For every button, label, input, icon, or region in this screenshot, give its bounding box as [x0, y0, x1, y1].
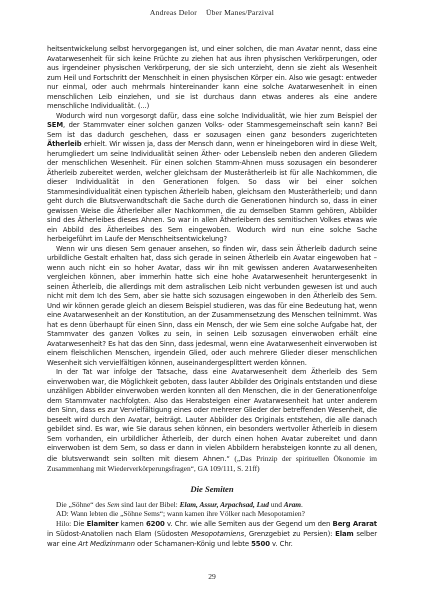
text-segment: , der Stammvater einer solchen ganzen Vo…: [47, 121, 377, 139]
document-page: Andreas DelorÜber Manes/Parzival heitsen…: [0, 0, 424, 600]
text-segment: oder Schamanen-König und lebte: [135, 540, 251, 548]
text-segment: v. Chr. wie alle Semiten aus der Gegend …: [165, 520, 333, 528]
text-segment: Wodurch wird nun vorgesorgt dafür, dass …: [56, 112, 377, 120]
text-segment: 6200: [146, 520, 165, 528]
paragraph: heitsentwickelung selbst hervorgegangen …: [47, 45, 377, 112]
text-segment: Mesopotamiens: [191, 530, 244, 538]
text-segment: heitsentwickelung selbst hervorgegangen …: [47, 45, 297, 53]
header-title: Über Manes/Parzival: [206, 8, 274, 17]
text-segment: sind laut der Bibel:: [119, 500, 179, 509]
text-segment: Wenn wir uns diesen Sem genauer ansehen,…: [47, 245, 377, 367]
text-segment: .: [301, 500, 303, 509]
header-author: Andreas Delor: [150, 8, 197, 17]
paragraph: Wenn wir uns diesen Sem genauer ansehen,…: [47, 245, 377, 369]
text-segment: Ätherleib: [47, 140, 82, 148]
text-segment: Elam, Assur, Arpachsad, Lud: [180, 500, 269, 509]
paragraph: AD: Wann lebten die „Söhne Sems“; wann k…: [47, 509, 377, 519]
semiten-block: Die „Söhne“ des Sem sind laut der Bibel:…: [47, 500, 377, 551]
page-header: Andreas DelorÜber Manes/Parzival: [0, 8, 424, 17]
text-segment: Elam: [335, 530, 354, 538]
text-segment: SEM: [47, 121, 63, 129]
text-segment: Aram: [284, 500, 301, 509]
text-segment: 5500: [251, 540, 270, 548]
text-segment: Hilo:: [56, 519, 73, 528]
paragraph: In der Tat war infolge der Tatsache, das…: [47, 368, 377, 475]
text-segment: In der Tat war infolge der Tatsache, das…: [47, 368, 377, 463]
paragraph: Wodurch wird nun vorgesorgt dafür, dass …: [47, 112, 377, 245]
text-segment: kamen: [119, 520, 146, 528]
text-segment: Sem: [107, 500, 119, 509]
text-segment: Art Medizinmann: [78, 540, 135, 548]
page-footer: 29: [0, 572, 424, 581]
paragraph: Hilo: Die Elamiter kamen 6200 v. Chr. wi…: [47, 519, 377, 550]
quote-block: heitsentwickelung selbst hervorgegangen …: [47, 45, 377, 475]
text-segment: in Südost-Anatolien nach Elam (Südosten: [47, 530, 191, 538]
text-segment: und: [269, 500, 284, 509]
paragraph: Die „Söhne“ des Sem sind laut der Bibel:…: [47, 500, 377, 510]
text-segment: Avatar: [297, 45, 319, 53]
text-segment: Berg Ararat: [333, 520, 377, 528]
text-segment: v. Chr.: [270, 540, 293, 548]
section-heading: Die Semiten: [47, 484, 377, 494]
text-segment: AD: Wann lebten die „Söhne Sems“; wann k…: [56, 509, 305, 518]
text-segment: Die: [73, 520, 86, 528]
text-segment: Die „Söhne“ des: [56, 500, 107, 509]
text-segment: , Grenzgebiet zu Persien):: [244, 530, 335, 538]
page-content: heitsentwickelung selbst hervorgegangen …: [47, 45, 377, 550]
page-number: 29: [208, 572, 216, 581]
text-segment: nennt, dass eine Avatarwesenheit für sic…: [47, 45, 377, 110]
text-segment: Elamiter: [87, 520, 119, 528]
text-segment: erhielt. Wir wissen ja, dass der Mensch …: [47, 140, 377, 243]
